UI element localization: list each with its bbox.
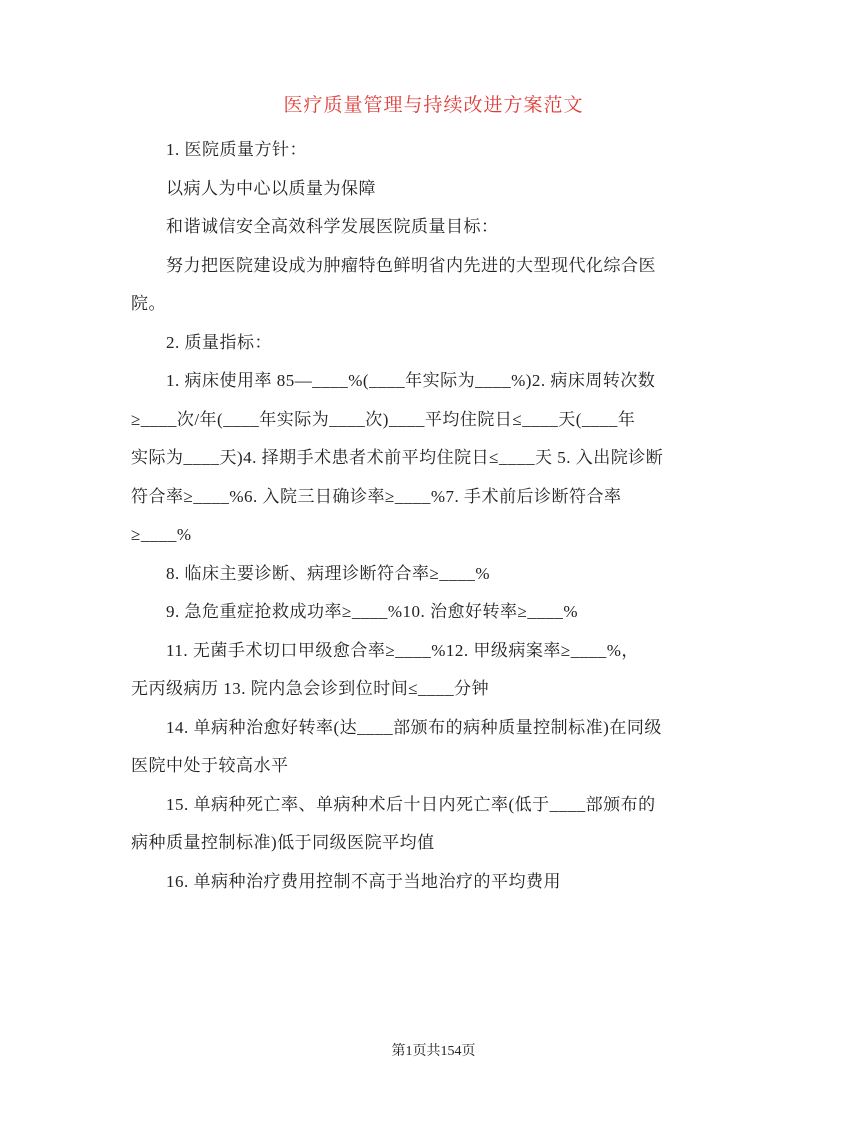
body-line: 实际为____天)4. 择期手术患者术前平均住院日≤____天 5. 入出院诊断: [131, 439, 736, 478]
document-title: 医疗质量管理与持续改进方案范文: [131, 92, 736, 120]
body-line: 符合率≥____%6. 入院三日确诊率≥____%7. 手术前后诊断符合率: [131, 478, 736, 517]
document-page: 医疗质量管理与持续改进方案范文 1. 医院质量方针：以病人为中心以质量为保障和谐…: [0, 0, 867, 1122]
body-line: 11. 无菌手术切口甲级愈合率≥____%12. 甲级病案率≥____%，: [131, 632, 736, 671]
body-line: 2. 质量指标：: [131, 324, 736, 363]
body-line: 9. 急危重症抢救成功率≥____%10. 治愈好转率≥____%: [131, 593, 736, 632]
body-line: 医院中处于较高水平: [131, 747, 736, 786]
body-line: 病种质量控制标准)低于同级医院平均值: [131, 824, 736, 863]
body-line: 15. 单病种死亡率、单病种术后十日内死亡率(低于____部颁布的: [131, 786, 736, 825]
body-line: 努力把医院建设成为肿瘤特色鲜明省内先进的大型现代化综合医: [131, 247, 736, 286]
body-line: 8. 临床主要诊断、病理诊断符合率≥____%: [131, 555, 736, 594]
body-line: ≥____%: [131, 516, 736, 555]
body-line: 1. 病床使用率 85—____%(____年实际为____%)2. 病床周转次…: [131, 362, 736, 401]
body-line: 14. 单病种治愈好转率(达____部颁布的病种质量控制标准)在同级: [131, 709, 736, 748]
body-line: 16. 单病种治疗费用控制不高于当地治疗的平均费用: [131, 863, 736, 902]
body-line: 无丙级病历 13. 院内急会诊到位时间≤____分钟: [131, 670, 736, 709]
document-body: 1. 医院质量方针：以病人为中心以质量为保障和谐诚信安全高效科学发展医院质量目标…: [131, 131, 736, 901]
body-line: 院。: [131, 285, 736, 324]
body-line: 以病人为中心以质量为保障: [131, 170, 736, 209]
body-line: 和谐诚信安全高效科学发展医院质量目标：: [131, 208, 736, 247]
body-line: ≥____次/年(____年实际为____次)____平均住院日≤____天(_…: [131, 401, 736, 440]
page-number-footer: 第1页共154页: [0, 1042, 867, 1062]
body-line: 1. 医院质量方针：: [131, 131, 736, 170]
